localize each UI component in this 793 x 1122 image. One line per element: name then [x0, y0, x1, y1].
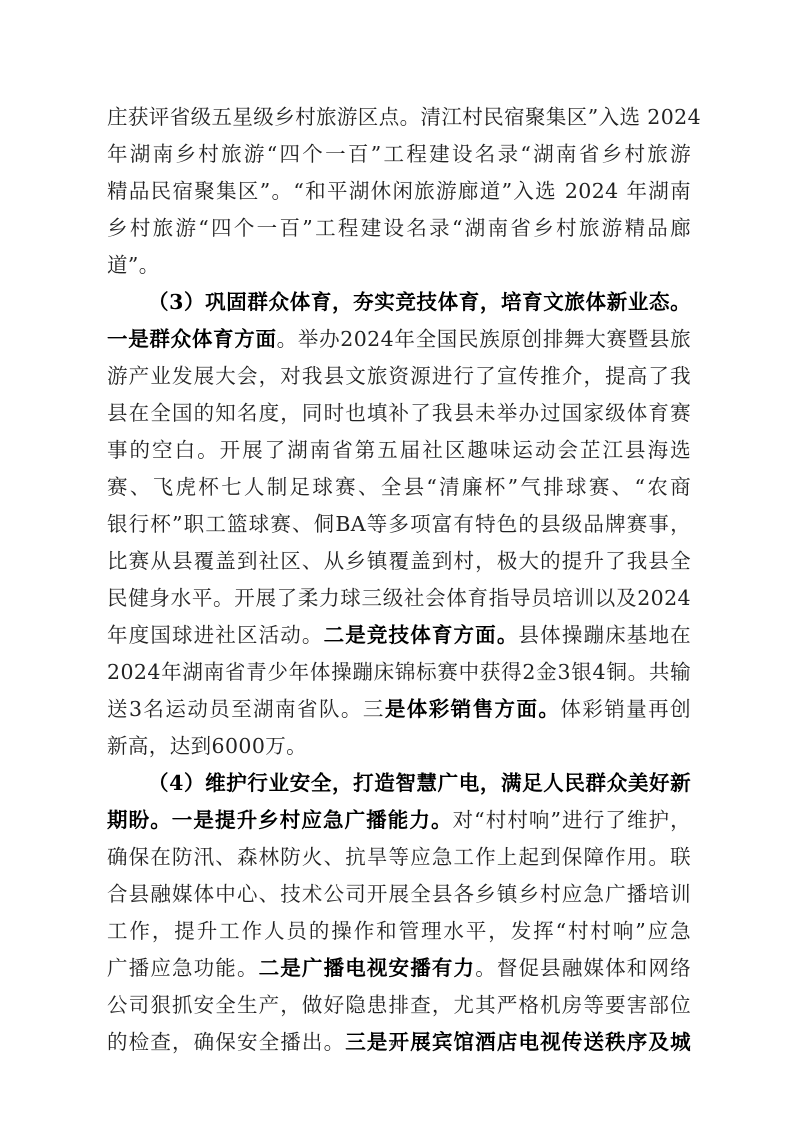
bold-run: 期盼。一是提升乡村应急广播能力。: [107, 808, 453, 832]
text-run: 庄获评省级五星级乡村旅游区点。清江村民宿聚集区”入选 2024: [107, 105, 701, 129]
text-run: 乡村旅游“四个一百”工程建设名录“湖南省乡村旅游精品廊: [107, 216, 691, 240]
text-line: 比赛从县覆盖到社区、从乡镇覆盖到村，极大的提升了我县全: [107, 543, 691, 580]
paragraph-p2: （3）巩固群众体育，夯实竞技体育，培育文旅体新业态。一是群众体育方面。举办202…: [107, 284, 691, 765]
bold-run: 是体彩销售方面。: [385, 697, 561, 721]
text-run: 合县融媒体中心、技术公司开展全县各乡镇乡村应急广播培训: [107, 882, 691, 906]
text-line: 民健身水平。开展了柔力球三级社会体育指导员培训以及2024: [107, 580, 691, 617]
text-run: 道”。: [107, 253, 160, 277]
bold-run: 二是竞技体育方面。: [324, 623, 519, 647]
text-run: 确保在防汛、森林防火、抗旱等应急工作上起到保障作用。联: [107, 845, 691, 869]
bold-run: 一是群众体育方面: [107, 327, 277, 351]
text-line: 庄获评省级五星级乡村旅游区点。清江村民宿聚集区”入选 2024: [107, 99, 691, 136]
text-run: 事的空白。开展了湖南省第五届社区趣味运动会芷江县海选: [107, 438, 691, 462]
text-line: 确保在防汛、森林防火、抗旱等应急工作上起到保障作用。联: [107, 839, 691, 876]
text-line: 道”。: [107, 247, 691, 284]
text-run: 比赛从县覆盖到社区、从乡镇覆盖到村，极大的提升了我县全: [107, 549, 691, 573]
paragraph-p1: 庄获评省级五星级乡村旅游区点。清江村民宿聚集区”入选 2024年湖南乡村旅游“四…: [107, 99, 691, 284]
bold-run: （4）维护行业安全，打造智慧广电，满足人民群众美好新: [148, 771, 691, 795]
text-run: 民健身水平。开展了柔力球三级社会体育指导员培训以及2024: [107, 586, 691, 610]
text-run: 2024年湖南省青少年体操蹦床锦标赛中获得2金3银4铜。共输: [107, 660, 691, 684]
text-line: 年湖南乡村旅游“四个一百”工程建设名录“湖南省乡村旅游: [107, 136, 691, 173]
text-run: 精品民宿聚集区”。“和平湖休闲旅游廊道”入选 2024 年湖南: [107, 179, 691, 203]
text-line: 广播应急功能。二是广播电视安播有力。督促县融媒体和网络: [107, 950, 691, 987]
text-run: 县在全国的知名度，同时也填补了我县未举办过国家级体育赛: [107, 401, 691, 425]
text-line: 乡村旅游“四个一百”工程建设名录“湖南省乡村旅游精品廊: [107, 210, 691, 247]
text-run: 县体操蹦床基地在: [519, 623, 692, 647]
text-line: 公司狠抓安全生产，做好隐患排查，尤其严格机房等要害部位: [107, 987, 691, 1024]
text-run: 公司狠抓安全生产，做好隐患排查，尤其严格机房等要害部位: [107, 993, 691, 1017]
text-line: 游产业发展大会，对我县文旅资源进行了宣传推介，提高了我: [107, 358, 691, 395]
text-line: 年度国球进社区活动。二是竞技体育方面。县体操蹦床基地在: [107, 617, 691, 654]
text-line: 工作，提升工作人员的操作和管理水平，发挥“村村响”应急: [107, 913, 691, 950]
document-body: 庄获评省级五星级乡村旅游区点。清江村民宿聚集区”入选 2024年湖南乡村旅游“四…: [107, 99, 691, 1061]
text-line: 送3名运动员至湖南省队。三是体彩销售方面。体彩销量再创: [107, 691, 691, 728]
text-run: 送3名运动员至湖南省队。三: [107, 697, 385, 721]
text-run: 银行杯”职工篮球赛、侗BA等多项富有特色的县级品牌赛事，: [107, 512, 691, 536]
text-line: 2024年湖南省青少年体操蹦床锦标赛中获得2金3银4铜。共输: [107, 654, 691, 691]
text-line: 县在全国的知名度，同时也填补了我县未举办过国家级体育赛: [107, 395, 691, 432]
bold-run: 二是广播电视安播有力: [259, 956, 476, 980]
text-run: 年度国球进社区活动。: [107, 623, 324, 647]
text-line: 新高，达到6000万。: [107, 728, 691, 765]
text-run: 赛、飞虎杯七人制足球赛、全县“清廉杯”气排球赛、“农商: [107, 475, 691, 499]
page-number: 40: [0, 1038, 793, 1050]
text-line: （4）维护行业安全，打造智慧广电，满足人民群众美好新: [107, 765, 691, 802]
text-run: 对“村村响”进行了维护，: [453, 808, 691, 832]
text-line: 期盼。一是提升乡村应急广播能力。对“村村响”进行了维护，: [107, 802, 691, 839]
text-run: 体彩销量再创: [560, 697, 691, 721]
text-run: 年湖南乡村旅游“四个一百”工程建设名录“湖南省乡村旅游: [107, 142, 691, 166]
text-line: （3）巩固群众体育，夯实竞技体育，培育文旅体新业态。: [107, 284, 691, 321]
text-line: 银行杯”职工篮球赛、侗BA等多项富有特色的县级品牌赛事，: [107, 506, 691, 543]
paragraph-p3: （4）维护行业安全，打造智慧广电，满足人民群众美好新期盼。一是提升乡村应急广播能…: [107, 765, 691, 1061]
text-run: 游产业发展大会，对我县文旅资源进行了宣传推介，提高了我: [107, 364, 691, 388]
text-line: 精品民宿聚集区”。“和平湖休闲旅游廊道”入选 2024 年湖南: [107, 173, 691, 210]
text-line: 事的空白。开展了湖南省第五届社区趣味运动会芷江县海选: [107, 432, 691, 469]
bold-run: （3）巩固群众体育，夯实竞技体育，培育文旅体新业态。: [148, 290, 691, 314]
text-line: 一是群众体育方面。举办2024年全国民族原创排舞大赛暨县旅: [107, 321, 691, 358]
text-line: 赛、飞虎杯七人制足球赛、全县“清廉杯”气排球赛、“农商: [107, 469, 691, 506]
text-run: 工作，提升工作人员的操作和管理水平，发挥“村村响”应急: [107, 919, 691, 943]
text-run: 广播应急功能。: [107, 956, 259, 980]
text-run: 新高，达到6000万。: [107, 734, 307, 758]
text-line: 合县融媒体中心、技术公司开展全县各乡镇乡村应急广播培训: [107, 876, 691, 913]
text-run: 。举办2024年全国民族原创排舞大赛暨县旅: [277, 327, 691, 351]
text-run: 。督促县融媒体和网络: [475, 956, 691, 980]
